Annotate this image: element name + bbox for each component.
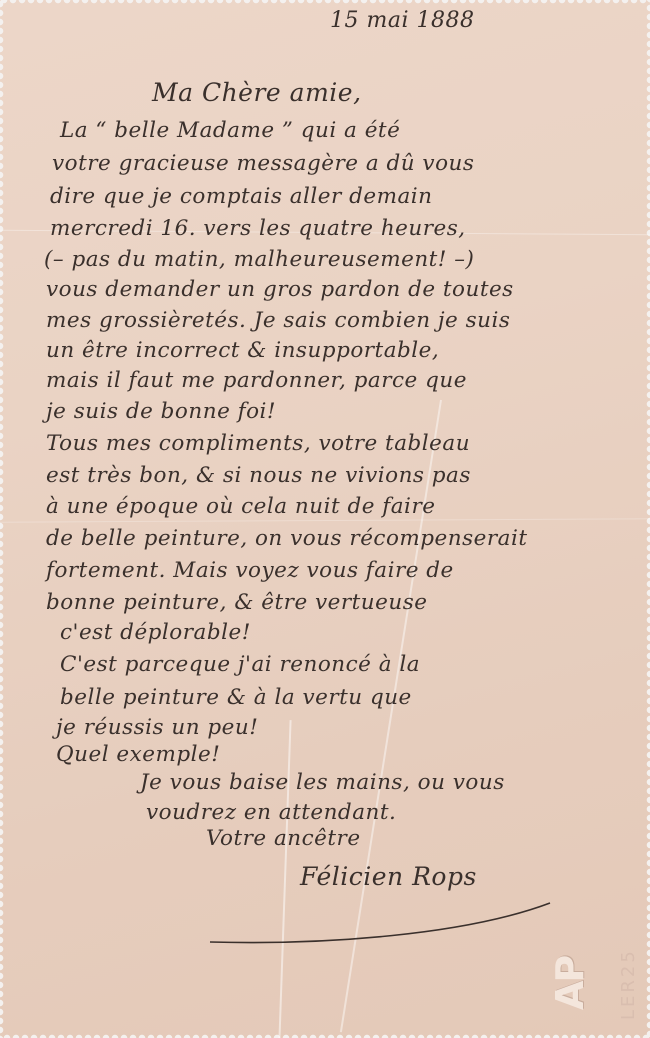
body-line: à une époque où cela nuit de faire	[46, 494, 435, 519]
fold-crease	[278, 720, 291, 1038]
body-line: un être incorrect & insupportable,	[46, 338, 439, 363]
body-line: bonne peinture, & être vertueuse	[46, 590, 427, 615]
letter-sheet: 15 mai 1888 Ma Chère amie, La “ belle Ma…	[0, 0, 650, 1038]
closing-line: Je vous baise les mains, ou vous	[140, 770, 505, 795]
body-line: je suis de bonne foi!	[46, 399, 276, 424]
signature-flourish	[205, 885, 555, 955]
body-line: je réussis un peu!	[56, 715, 258, 740]
body-line: dire que je comptais aller demain	[50, 184, 433, 209]
body-line: fortement. Mais voyez vous faire de	[46, 558, 454, 583]
salutation: Ma Chère amie,	[152, 78, 362, 107]
body-line: de belle peinture, on vous récompenserai…	[46, 526, 528, 551]
body-line: mes grossièretés. Je sais combien je sui…	[46, 308, 510, 333]
perforated-edge-left	[0, 0, 8, 1038]
body-line: mercredi 16. vers les quatre heures,	[50, 216, 466, 241]
body-line: mais il faut me pardonner, parce que	[46, 368, 467, 393]
letter-date: 15 mai 1888	[330, 8, 474, 33]
body-line: Tous mes compliments, votre tableau	[46, 431, 470, 456]
body-line: est très bon, & si nous ne vivions pas	[46, 463, 471, 488]
body-line: votre gracieuse messagère a dû vous	[52, 151, 474, 176]
body-line: (– pas du matin, malheureusement! –)	[44, 247, 474, 272]
body-line: Quel exemple!	[56, 742, 220, 767]
embossed-monogram: AP	[548, 957, 592, 1010]
body-line: C'est parceque j'ai renoncé à la	[60, 652, 420, 677]
body-line: c'est déplorable!	[60, 620, 251, 645]
perforated-edge-bottom	[0, 1030, 650, 1038]
perforated-edge-top	[0, 0, 650, 8]
body-line: belle peinture & à la vertu que	[60, 685, 412, 710]
closing-line: voudrez en attendant.	[146, 800, 396, 825]
embossed-code: LER25	[618, 948, 639, 1020]
closing-line: Votre ancêtre	[206, 826, 361, 851]
body-line: vous demander un gros pardon de toutes	[46, 277, 514, 302]
body-line: La “ belle Madame ” qui a été	[60, 118, 400, 143]
